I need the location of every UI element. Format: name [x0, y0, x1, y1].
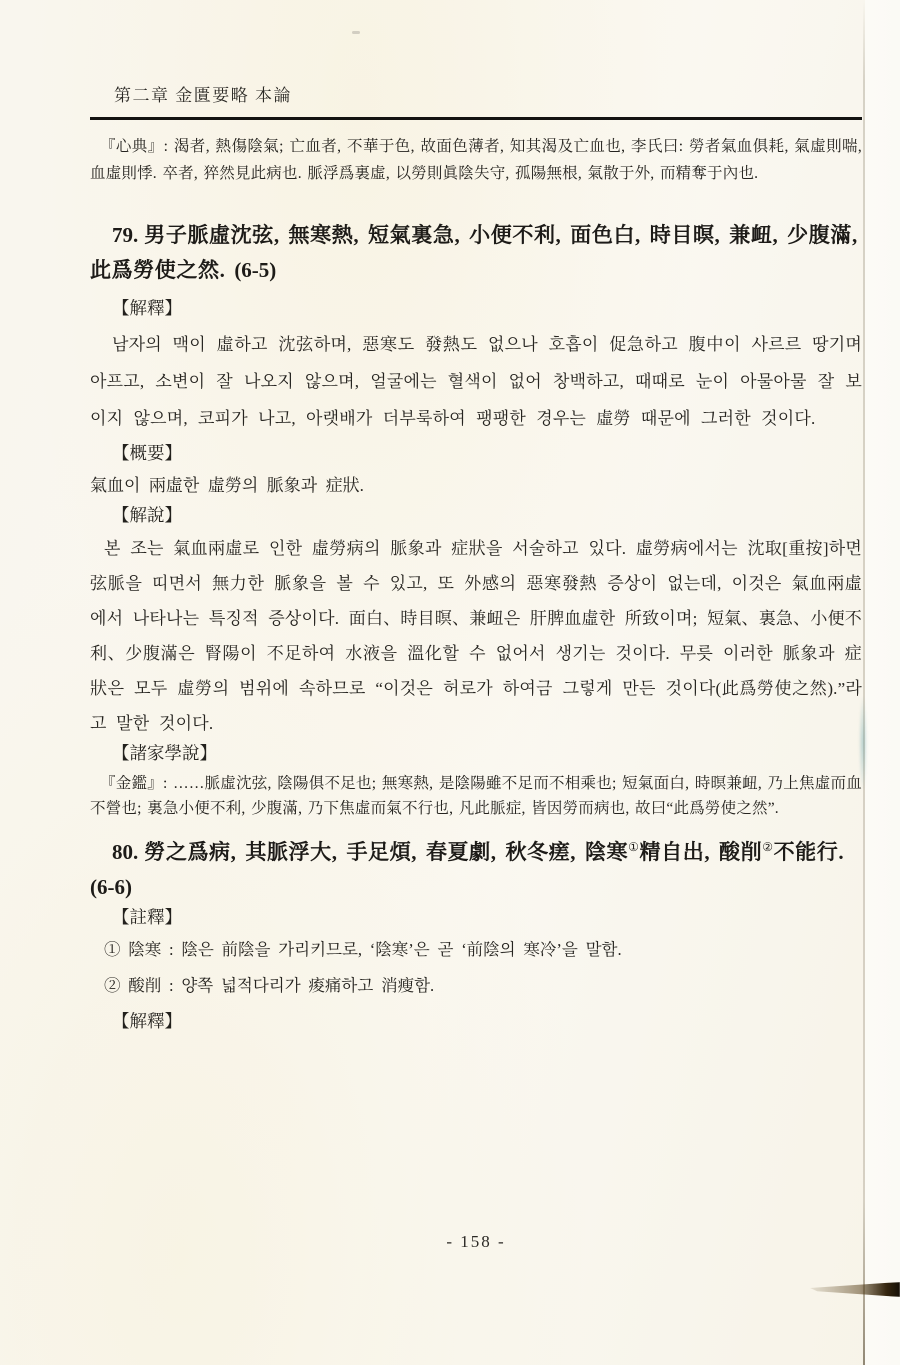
- header-rule: [90, 117, 862, 120]
- clause-80-heading: 80.勞之爲病, 其脈浮大, 手足煩, 春夏劇, 秋冬瘥, 陰寒①精自出, 酸削…: [90, 835, 862, 905]
- label-haeseol: 【解說】: [112, 503, 862, 527]
- label-haeseok-79: 【解釋】: [112, 296, 862, 320]
- clause-79-ref: (6-5): [234, 258, 276, 282]
- footnote-marker-2: ②: [762, 840, 773, 854]
- commentary-geumgam-paragraph: 『金鑑』: ……脈虛沈弦, 陰陽俱不足也; 無寒熱, 是陰陽雖不足而不相乘也; …: [90, 771, 862, 821]
- haeseol-paragraph: 본 조는 氣血兩虛로 인한 虛勞病의 脈象과 症狀을 서술하고 있다. 虛勞病에…: [90, 531, 862, 741]
- page-number: - 158 -: [90, 1232, 862, 1252]
- label-gaeyo: 【概要】: [112, 441, 862, 465]
- label-haeseok-80: 【解釋】: [112, 1009, 862, 1033]
- gaeyo-paragraph: 氣血이 兩虛한 虛勞의 脈象과 症狀.: [90, 471, 862, 501]
- scan-speck: [352, 31, 360, 34]
- scan-page-edge-strip: [865, 0, 900, 1365]
- footnote-1: ① 陰寒 : 陰은 前陰을 가리키므로, ‘陰寒’은 곧 ‘前陰의 寒冷’을 말…: [104, 937, 862, 963]
- scan-shadow-wedge: [810, 1282, 900, 1297]
- clause-79-number: 79.: [112, 223, 144, 247]
- footnote-marker-1: ①: [628, 840, 639, 854]
- clause-79-heading: 79.男子脈虛沈弦, 無寒熱, 短氣裏急, 小便不利, 面色白, 時目暝, 兼衄…: [90, 218, 862, 288]
- commentary-simjeon-paragraph: 『心典』: 渴者, 熱傷陰氣; 亡血者, 不華于色, 故面色薄者, 知其渴及亡血…: [90, 133, 862, 187]
- clause-80-text-1: 勞之爲病, 其脈浮大, 手足煩, 春夏劇, 秋冬瘥, 陰寒: [144, 840, 628, 864]
- scan-smudge: [859, 697, 867, 789]
- clause-80-text-3: 不能行.: [774, 840, 845, 864]
- clause-80-number: 80.: [112, 840, 144, 864]
- chapter-header: 第二章 金匱要略 本論: [114, 0, 862, 106]
- book-page: 第二章 金匱要略 本論 『心典』: 渴者, 熱傷陰氣; 亡血者, 不華于色, 故…: [0, 0, 900, 1365]
- footnote-2: ② 酸削 : 양쪽 넓적다리가 痠痛하고 消瘦함.: [104, 973, 862, 999]
- clause-79-text: 男子脈虛沈弦, 無寒熱, 短氣裏急, 小便不利, 面色白, 時目暝, 兼衄, 少…: [90, 223, 858, 282]
- label-juseok: 【註釋】: [112, 905, 862, 929]
- page-content: 第二章 金匱要略 本論 『心典』: 渴者, 熱傷陰氣; 亡血者, 不華于色, 故…: [90, 0, 862, 1033]
- clause-80-text-2: 精自出, 酸削: [640, 840, 763, 864]
- clause-80-ref: (6-6): [90, 875, 132, 899]
- label-jega-hakseol: 【諸家學說】: [112, 741, 862, 765]
- scan-page-edge-line: [863, 0, 865, 1365]
- haeseok-79-paragraph: 남자의 맥이 虛하고 沈弦하며, 惡寒도 發熱도 없으나 호흡이 促急하고 腹中…: [90, 326, 862, 437]
